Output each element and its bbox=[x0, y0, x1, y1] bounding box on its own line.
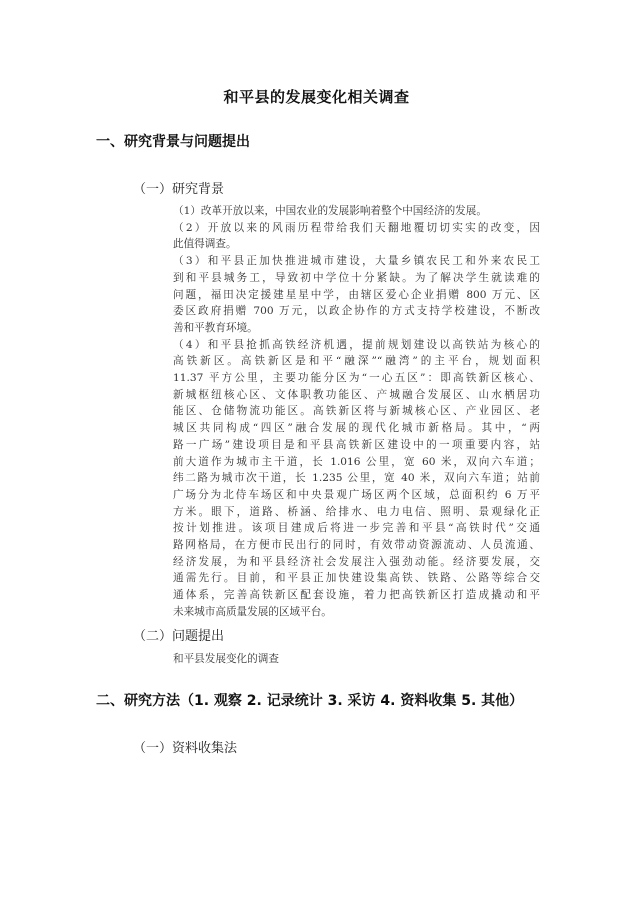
subsection-heading-problem: （二）问题提出 bbox=[133, 625, 224, 644]
subsection-heading-data-collection: （一）资料收集法 bbox=[133, 737, 237, 756]
problem-statement-text: 和平县发展变化的调查 bbox=[173, 651, 540, 668]
text-line: （2）开放以来的风雨历程带给我们天翻地覆切切实实的改变，因 bbox=[173, 220, 540, 237]
document-page: 和平县的发展变化相关调查 一、研究背景与问题提出 （一）研究背景 （1）改革开放… bbox=[0, 0, 633, 897]
section-heading-background: 一、研究背景与问题提出 bbox=[96, 131, 250, 151]
paragraph-3: （3）和平县正加快推进城市建设，大量乡镇农民工和外来农民工 到和平县城务工，导致… bbox=[173, 253, 540, 337]
text-line: 问题，福田决定援建星星中学，由辖区爱心企业捐赠 800 万元、区 bbox=[173, 287, 540, 304]
text-line: 前大道作为城市主干道，长 1.016 公里，宽 60 米，双向六车道； bbox=[173, 454, 540, 471]
text-line: 11.37 平方公里，主要功能分区为“一心五区”：即高铁新区核心、 bbox=[173, 370, 540, 387]
subsection-heading-research-background: （一）研究背景 bbox=[133, 178, 224, 197]
text-line: 高铁新区。高铁新区是和平“融深”“融湾”的主平台，规划面积 bbox=[173, 353, 540, 370]
text-line: 委区政府捐赠 700 万元，以政企协作的方式支持学校建设，不断改 bbox=[173, 303, 540, 320]
text-line: 能区、仓储物流功能区。高铁新区将与新城核心区、产业园区、老 bbox=[173, 403, 540, 420]
text-line: 路一广场”建设项目是和平县高铁新区建设中的一项重要内容，站 bbox=[173, 437, 540, 454]
research-background-body: （1）改革开放以来，中国农业的发展影响着整个中国经济的发展。 （2）开放以来的风… bbox=[173, 203, 540, 621]
text-line: 未来城市高质量发展的区域平台。 bbox=[173, 604, 540, 621]
problem-statement-body: 和平县发展变化的调查 bbox=[173, 651, 540, 668]
text-line: 纬二路为城市次干道，长 1.235 公里，宽 40 米，双向六车道；站前 bbox=[173, 470, 540, 487]
text-line: 方米。眼下，道路、桥涵、给排水、电力电信、照明、景观绿化正 bbox=[173, 504, 540, 521]
document-title: 和平县的发展变化相关调查 bbox=[0, 86, 633, 107]
text-line: 此值得调查。 bbox=[173, 236, 540, 253]
paragraph-2: （2）开放以来的风雨历程带给我们天翻地覆切切实实的改变，因 此值得调查。 bbox=[173, 220, 540, 253]
text-line: 按计划推进。该项目建成后将进一步完善和平县“高铁时代”交通 bbox=[173, 520, 540, 537]
paragraph-1: （1）改革开放以来，中国农业的发展影响着整个中国经济的发展。 bbox=[173, 203, 540, 220]
text-line: （1）改革开放以来，中国农业的发展影响着整个中国经济的发展。 bbox=[173, 203, 540, 220]
text-line: 广场分为北侍车场区和中央景观广场区两个区域，总面积约 6 万平 bbox=[173, 487, 540, 504]
text-line: 善和平教育环境。 bbox=[173, 320, 540, 337]
text-line: （4）和平县抢抓高铁经济机遇，提前规划建设以高铁站为核心的 bbox=[173, 337, 540, 354]
text-line: （3）和平县正加快推进城市建设，大量乡镇农民工和外来农民工 bbox=[173, 253, 540, 270]
paragraph-4: （4）和平县抢抓高铁经济机遇，提前规划建设以高铁站为核心的 高铁新区。高铁新区是… bbox=[173, 337, 540, 621]
text-line: 城区共同构成“四区”融合发展的现代化城市新格局。其中，“两 bbox=[173, 420, 540, 437]
text-line: 新城枢纽核心区、文体职教功能区、产城融合发展区、山水栖居功 bbox=[173, 387, 540, 404]
text-line: 通体系，完善高铁新区配套设施，着力把高铁新区打造成撬动和平 bbox=[173, 587, 540, 604]
text-line: 通需先行。目前，和平县正加快建设集高铁、铁路、公路等综合交 bbox=[173, 570, 540, 587]
section-heading-methods: 二、研究方法（1. 观察 2. 记录统计 3. 采访 4. 资料收集 5. 其他… bbox=[96, 690, 523, 710]
text-line: 路网格局，在方便市民出行的同时，有效带动资源流动、人员流通、 bbox=[173, 537, 540, 554]
text-line: 到和平县城务工，导致初中学位十分紧缺。为了解决学生就读难的 bbox=[173, 270, 540, 287]
text-line: 经济发展，为和平县经济社会发展注入强劲动能。经济要发展，交 bbox=[173, 554, 540, 571]
